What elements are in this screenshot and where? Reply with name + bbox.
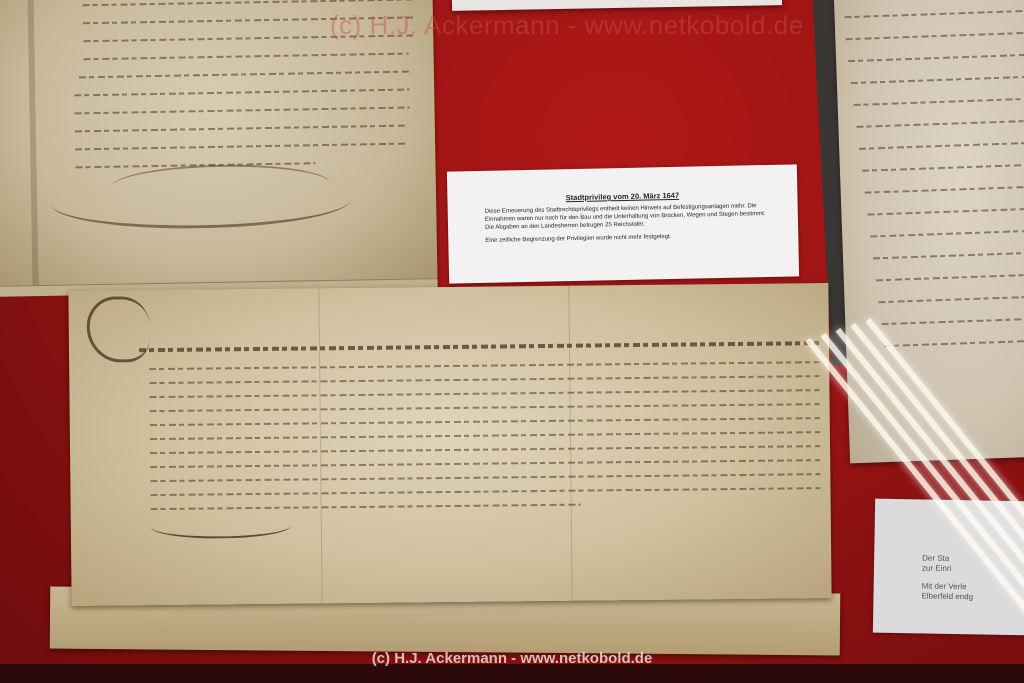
ink-line-heading [139, 341, 819, 352]
ink-line [851, 76, 1024, 84]
ink-line [149, 389, 819, 398]
ink-line [83, 0, 413, 6]
ink-line [881, 317, 1024, 325]
ink-line [856, 120, 1024, 128]
fold-line [318, 288, 322, 603]
ink-line [79, 71, 409, 79]
watermark-top: (c) H.J. Ackermann - www.netkobold.de [330, 10, 804, 41]
ink-line [873, 251, 1024, 259]
ink-line [75, 107, 410, 115]
ink-line [876, 273, 1024, 281]
ink-line [151, 504, 581, 511]
card-text: Der Sta [922, 553, 949, 562]
fold-line [568, 286, 572, 601]
ink-line [865, 186, 1024, 194]
ink-line [150, 431, 820, 440]
ink-line [151, 487, 821, 496]
signature [151, 514, 291, 539]
ink-line [859, 142, 1024, 150]
ink-line [149, 361, 819, 370]
ink-line [75, 143, 405, 151]
ink-line [848, 54, 1024, 63]
ornate-initial-capital [86, 296, 150, 363]
city-privilege-charter-1647 [68, 283, 831, 606]
ink-line [862, 164, 1024, 172]
ink-line [150, 473, 820, 482]
ink-line [854, 98, 1024, 106]
ink-line [84, 53, 409, 61]
ink-line [150, 417, 820, 426]
ink-line [870, 230, 1024, 238]
ink-line [150, 445, 820, 454]
ink-line [75, 125, 405, 133]
exhibit-caption-card: Stadtprivileg vom 20. März 1647 Diese Er… [447, 164, 799, 283]
ink-line [884, 339, 1024, 347]
ink-line [879, 295, 1024, 303]
ink-line [845, 32, 1024, 41]
ink-line [74, 89, 409, 97]
card-text: Mit der Verle [922, 581, 967, 591]
ink-line [845, 10, 1024, 19]
ink-line [150, 403, 820, 412]
book-spine [27, 0, 38, 288]
card-text: zur Einri [922, 563, 951, 573]
ink-line [150, 459, 820, 468]
ink-line [867, 208, 1024, 216]
handwritten-book-document [0, 0, 438, 289]
card-text: Elberfeld endg [921, 591, 973, 601]
ink-line [149, 375, 819, 384]
watermark-bottom: (c) H.J. Ackermann - www.netkobold.de [0, 650, 1024, 667]
